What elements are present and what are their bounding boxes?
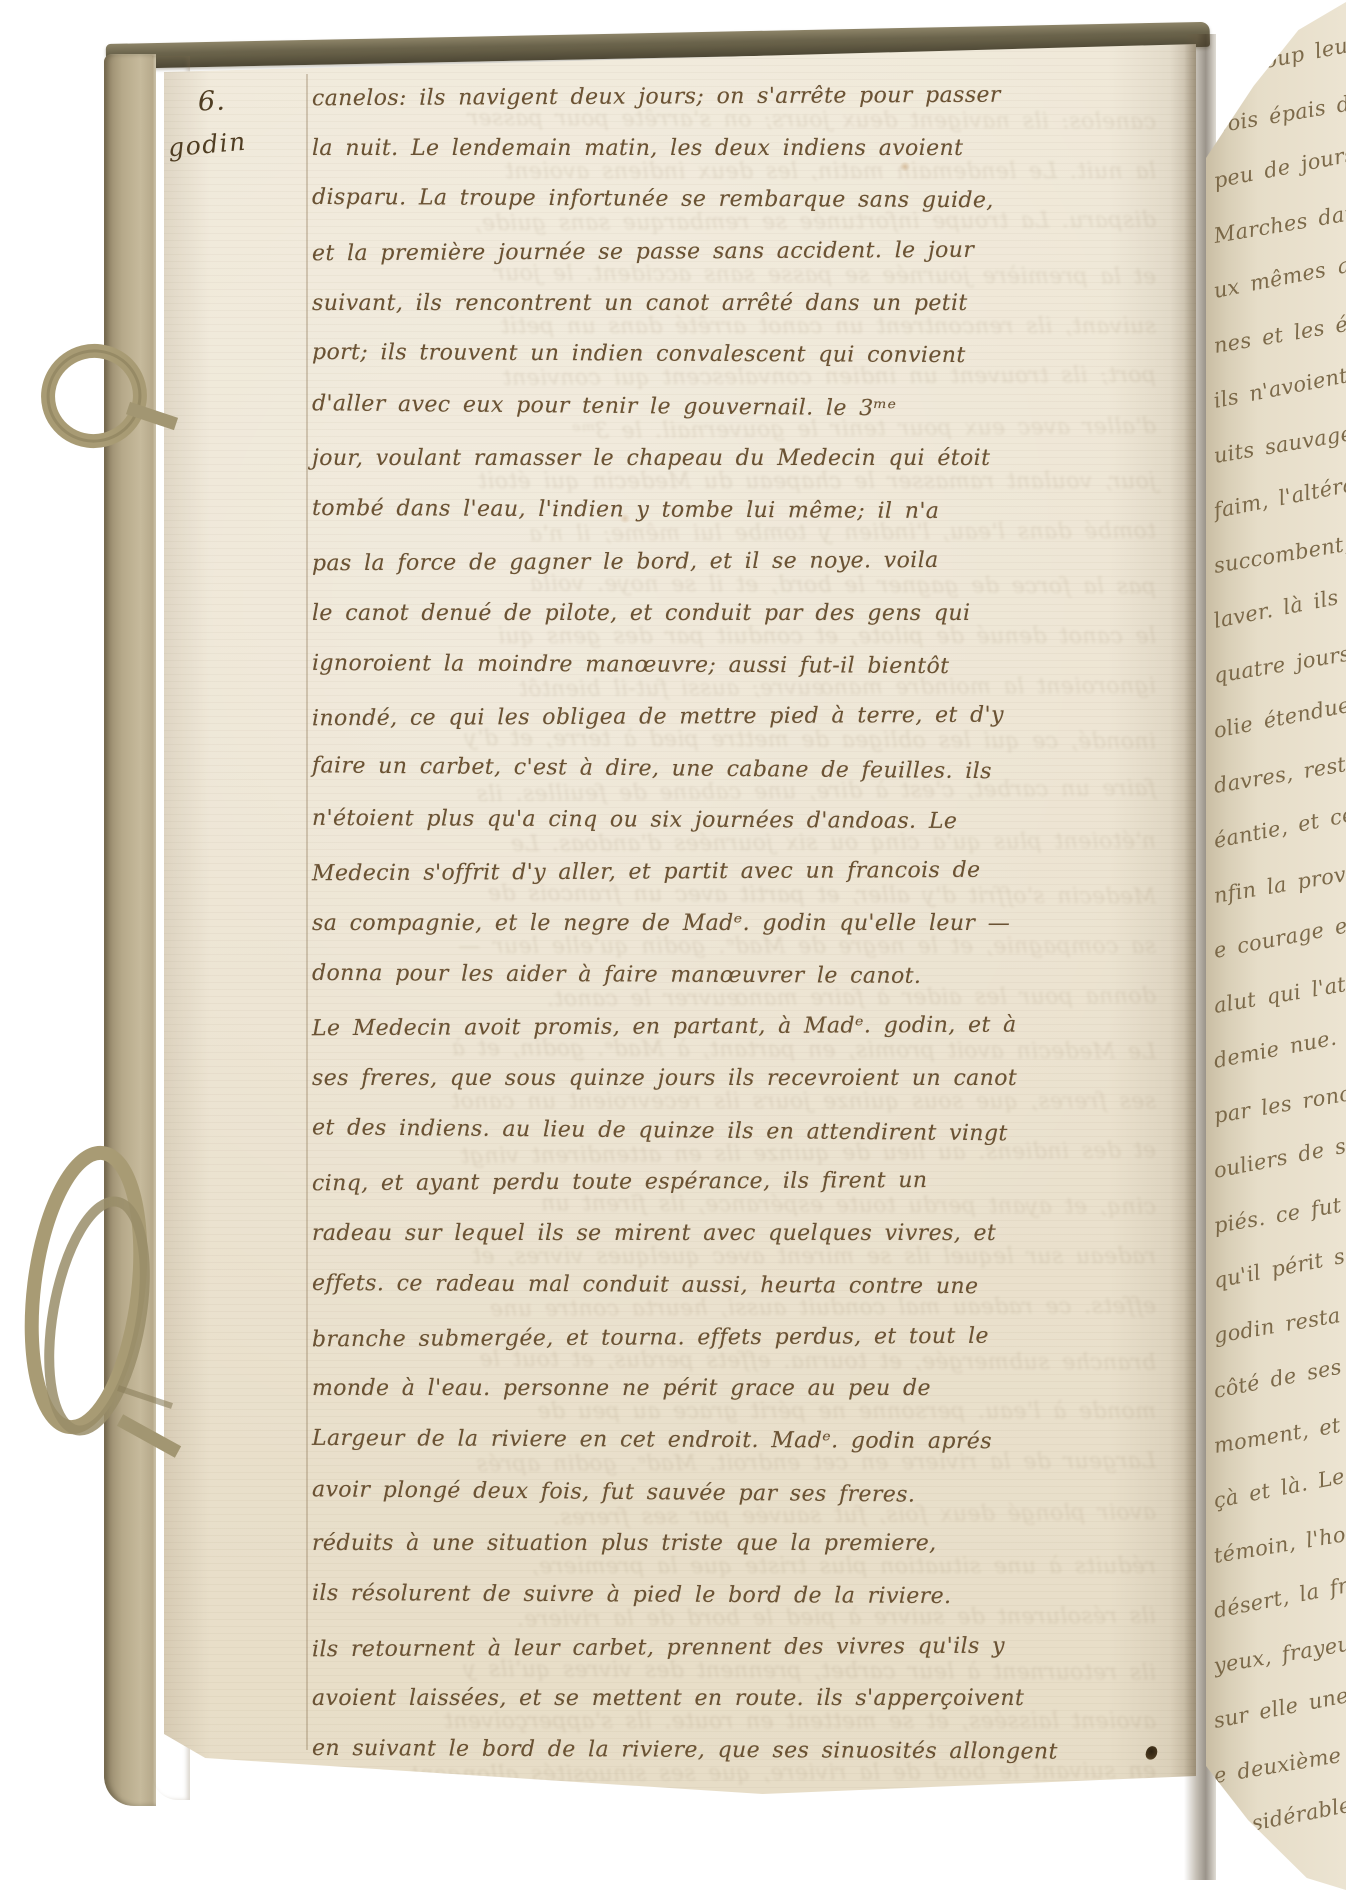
- manuscript-book-photo: canelos: ils navigent deux jours; on s'a…: [0, 0, 1346, 1890]
- manuscript-line: pas la force de gagner le bord, et il se…: [312, 534, 1174, 590]
- fabric-ties: [0, 0, 220, 1890]
- manuscript-line: tombé dans l'eau, l'indien y tombe lui m…: [312, 482, 1174, 538]
- manuscript-line: avoir plongé deux fois, fut sauvée par s…: [312, 1464, 1174, 1523]
- manuscript-line: faire un carbet, c'est à dire, une caban…: [312, 740, 1174, 799]
- manuscript-line: ignoroient la moindre manœuvre; aussi fu…: [312, 637, 1174, 693]
- fabric-tie-upper: [38, 341, 176, 451]
- margin-rule: [306, 74, 308, 1750]
- manuscript-line: suivant, ils rencontrent un canot arrêté…: [312, 278, 1174, 330]
- fabric-tie-lower: [18, 1147, 178, 1452]
- manuscript-line: ils résolurent de suivre à pied le bord …: [312, 1568, 1174, 1624]
- manuscript-line: donna pour les aider à faire manœuvrer l…: [312, 948, 1174, 1004]
- manuscript-line: canelos: ils navigent deux jours; on s'a…: [312, 69, 1174, 125]
- manuscript-line: disparu. La troupe infortunée se rembarq…: [312, 172, 1174, 228]
- manuscript-line: monde à l'eau. personne ne périt grace a…: [312, 1363, 1174, 1415]
- manuscript-line: et la première journée se passe sans acc…: [312, 224, 1174, 280]
- right-page: eaucoup leur cheminbois épais dontpeu de…: [1206, 0, 1346, 1890]
- manuscript-line: port; ils trouvent un indien convalescen…: [312, 327, 1174, 383]
- manuscript-line: n'étoient plus qu'a cinq ou six journées…: [312, 793, 1174, 849]
- manuscript-line: d'aller avec eux pour tenir le gouvernai…: [312, 378, 1174, 437]
- manuscript-line: Le Medecin avoit promis, en partant, à M…: [312, 999, 1174, 1055]
- manuscript-line: la nuit. Le lendemain matin, les deux in…: [312, 123, 1174, 175]
- manuscript-line: cinq, et ayant perdu toute espérance, il…: [312, 1154, 1174, 1210]
- manuscript-text: canelos: ils navigent deux jours; on s'a…: [312, 71, 1174, 1777]
- right-page-fragments: eaucoup leur cheminbois épais dontpeu de…: [1215, 44, 1346, 1859]
- left-page: canelos: ils navigent deux jours; on s'a…: [164, 44, 1196, 1796]
- manuscript-line: réduits à une situation plus triste que …: [312, 1518, 1174, 1570]
- manuscript-line: Medecin s'offrit d'y aller, et partit av…: [312, 844, 1174, 900]
- manuscript-line: effets. ce radeau mal conduit aussi, heu…: [312, 1258, 1174, 1314]
- manuscript-line: Largeur de la riviere en cet endroit. Ma…: [312, 1413, 1174, 1469]
- manuscript-line: en suivant le bord de la riviere, que se…: [312, 1723, 1174, 1779]
- manuscript-line: et des indiens. au lieu de quinze ils en…: [312, 1102, 1174, 1161]
- manuscript-line: branche submergée, et tourna. effets per…: [312, 1309, 1174, 1365]
- manuscript-line: avoient laissées, et se mettent en route…: [312, 1673, 1174, 1725]
- manuscript-line: jour, voulant ramasser le chapeau du Med…: [312, 433, 1174, 485]
- manuscript-line: ses freres, que sous quinze jours ils re…: [312, 1053, 1174, 1105]
- manuscript-line: ils retournent à leur carbet, prennent d…: [312, 1619, 1174, 1675]
- manuscript-line: le canot denué de pilote, et conduit par…: [312, 588, 1174, 640]
- manuscript-line: inondé, ce qui les obligea de mettre pie…: [312, 689, 1174, 745]
- manuscript-line: sa compagnie, et le negre de Madᵉ. godin…: [312, 898, 1174, 950]
- manuscript-line: radeau sur lequel ils se mirent avec que…: [312, 1208, 1174, 1260]
